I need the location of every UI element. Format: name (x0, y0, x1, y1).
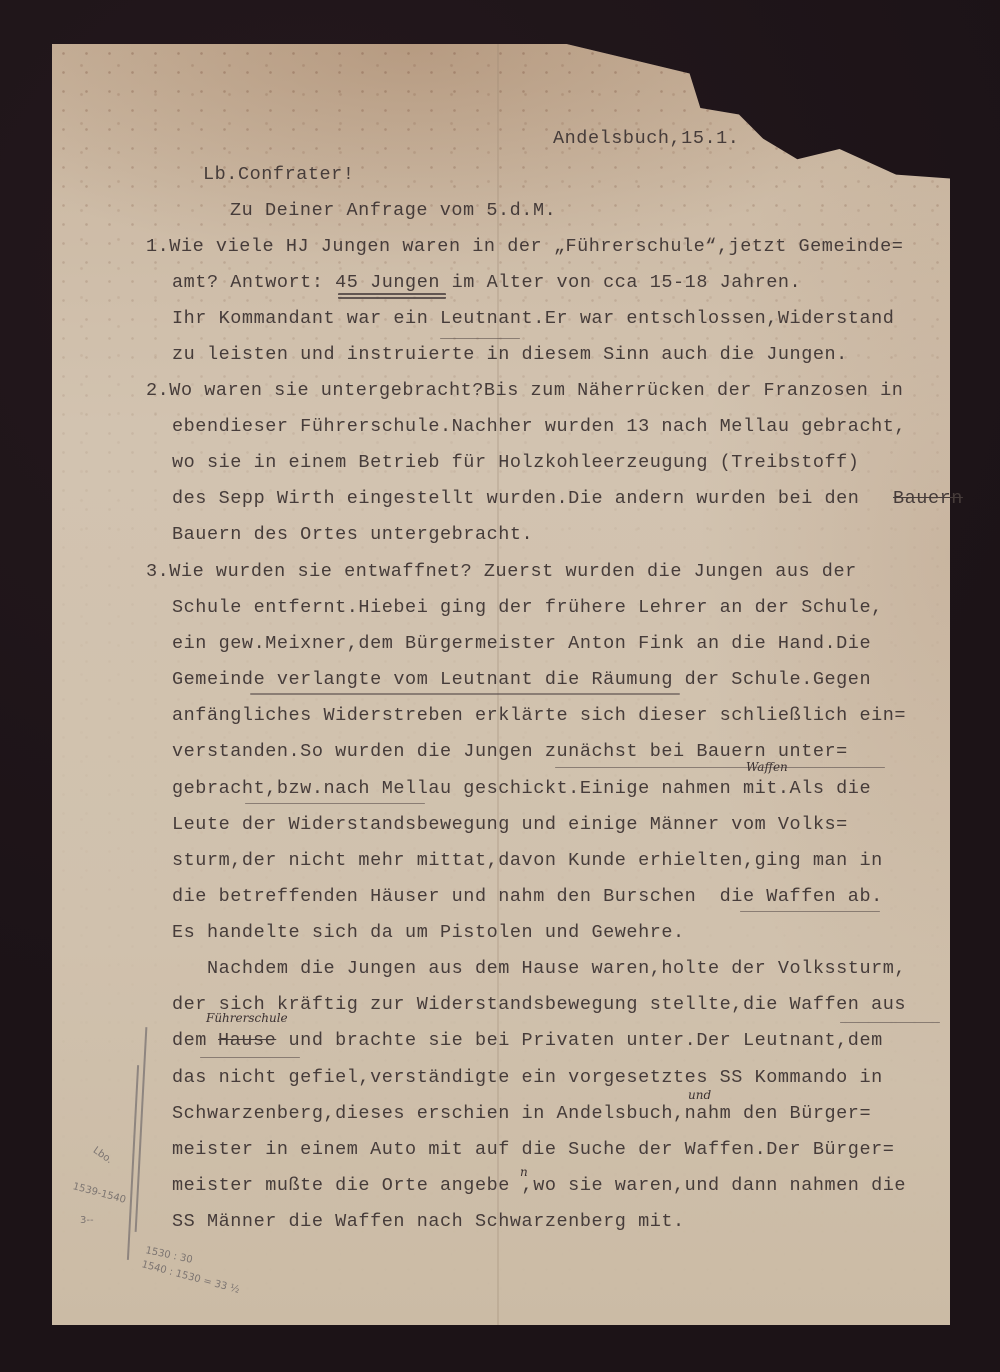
handwritten-insertion: Führerschule (206, 1011, 288, 1025)
body-line-24: das nicht gefiel,verständigte ein vorges… (172, 1067, 883, 1089)
body-line-8: des Sepp Wirth eingestellt wurden.Die an… (172, 488, 871, 510)
body-line-23: dem und brachte sie bei Privaten unter.D… (172, 1030, 883, 1052)
body-line-10: 3.Wie wurden sie entwaffnet? Zuerst wurd… (146, 561, 857, 583)
body-line-13: Gemeinde verlangte vom Leutnant die Räum… (172, 669, 871, 691)
body-line-11: Schule entfernt.Hiebei ging der frühere … (172, 597, 883, 619)
body-line-2: amt? Antwort: 45 Jungen im Alter von cca… (172, 272, 801, 294)
pencil-underline (840, 1022, 940, 1023)
place-date: Andelsbuch,15.1. (553, 128, 739, 150)
intro-line: Zu Deiner Anfrage vom 5.d.M. (230, 200, 556, 222)
pencil-underline (440, 338, 520, 339)
body-line-18: sturm,der nicht mehr mittat,davon Kunde … (172, 850, 883, 872)
struck-word: Hause (218, 1030, 276, 1052)
handwritten-insertion: Waffen (746, 760, 788, 774)
body-line-9: Bauern des Ortes untergebracht. (172, 524, 533, 546)
body-line-7: wo sie in einem Betrieb für Holzkohleerz… (172, 452, 859, 474)
body-line-1: 1.Wie viele HJ Jungen waren in der „Führ… (146, 236, 903, 258)
pencil-underline (245, 803, 425, 804)
body-line-20: Es handelte sich da um Pistolen und Gewe… (172, 922, 685, 944)
handwritten-insertion: und (688, 1088, 711, 1102)
pencil-note: 3-- (80, 1215, 94, 1226)
pencil-underline (250, 693, 680, 695)
pencil-underline (555, 767, 885, 768)
pencil-underline (200, 1057, 300, 1058)
struck-word: Bauern (893, 488, 963, 510)
pencil-underline (740, 911, 880, 912)
body-line-5: 2.Wo waren sie untergebracht?Bis zum Näh… (146, 380, 903, 402)
body-line-21: Nachdem die Jungen aus dem Hause waren,h… (172, 958, 906, 980)
body-line-17: Leute der Widerstandsbewegung und einige… (172, 814, 848, 836)
body-line-25: Schwarzenberg,dieses erschien in Andelsb… (172, 1103, 871, 1125)
body-line-3: Ihr Kommandant war ein Leutnant.Er war e… (172, 308, 894, 330)
salutation: Lb.Confrater! (203, 164, 354, 186)
body-line-16: gebracht,bzw.nach Mellau geschickt.Einig… (172, 778, 871, 800)
body-line-12: ein gew.Meixner,dem Bürgermeister Anton … (172, 633, 871, 655)
body-line-27: meister mußte die Orte angebe ,wo sie wa… (172, 1175, 906, 1197)
body-line-19: die betreffenden Häuser und nahm den Bur… (172, 886, 883, 908)
body-line-14: anfängliches Widerstreben erklärte sich … (172, 705, 906, 727)
double-underline (338, 293, 446, 299)
body-line-26: meister in einem Auto mit auf die Suche … (172, 1139, 894, 1161)
body-line-6: ebendieser Führerschule.Nachher wurden 1… (172, 416, 906, 438)
handwritten-insertion: n (520, 1165, 528, 1179)
body-line-28: SS Männer die Waffen nach Schwarzenberg … (172, 1211, 685, 1233)
body-line-4: zu leisten und instruierte in diesem Sin… (172, 344, 848, 366)
